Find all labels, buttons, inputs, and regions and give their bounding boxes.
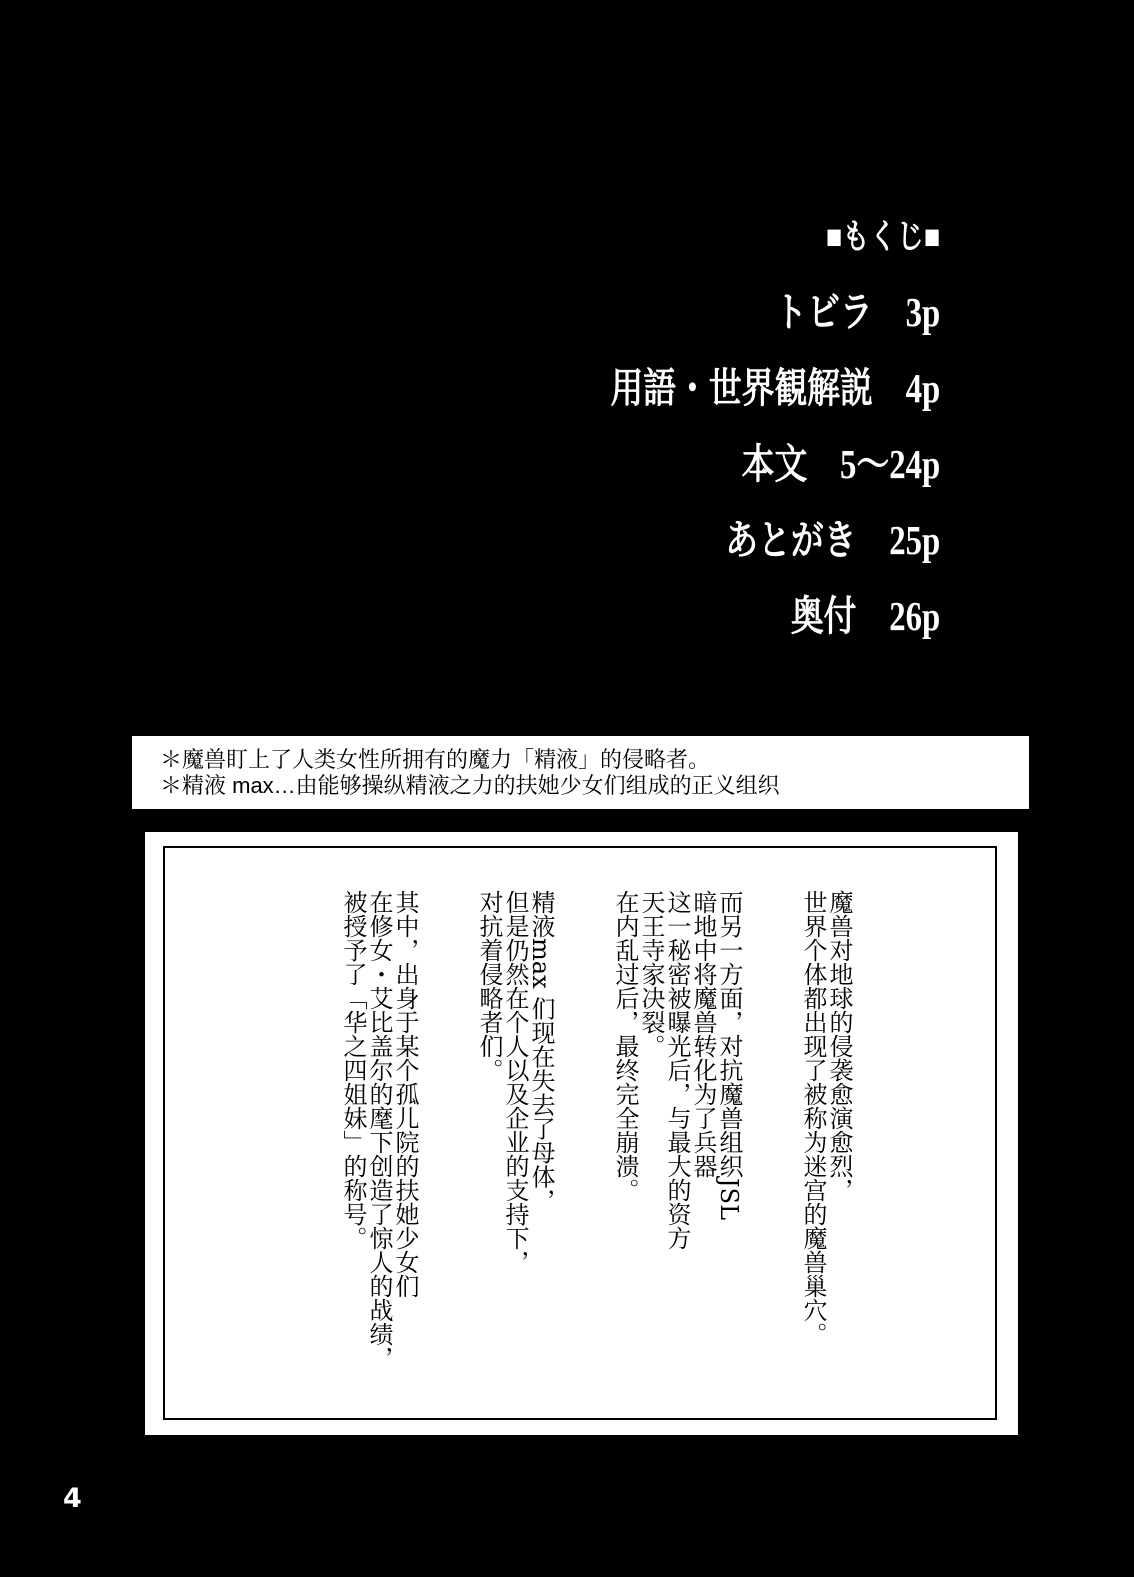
- notice-line: ＊精液 max…由能够操纵精液之力的扶她少女们组成的正义组织: [160, 773, 1029, 799]
- toc-title: ■もくじ■: [610, 219, 940, 257]
- toc-item-main-story: 本文 5～24p: [610, 426, 940, 502]
- toc-item-colophon: 奥付 26p: [610, 578, 940, 654]
- notice-bar: ＊魔兽盯上了人类女性所拥有的魔力「精液」的侵略者。 ＊精液 max…由能够操纵精…: [132, 736, 1029, 809]
- manga-page: ■もくじ■ トビラ 3p 用語・世界観解説 4p 本文 5～24p あとがき 2…: [0, 0, 1134, 1577]
- story-column: 对抗着侵略者们。: [476, 890, 502, 1400]
- story-column: 被授予了「华之四姐妹」的称号。: [340, 890, 366, 1400]
- story-column: 但是仍然在个人以及企业的支持下，: [502, 890, 528, 1400]
- story-column: 世界个体都出现了被称为迷宫的魔兽巢穴。: [800, 890, 826, 1400]
- story-text: 魔兽对地球的侵袭愈演愈烈， 世界个体都出现了被称为迷宫的魔兽巢穴。 而另一方面，…: [165, 848, 995, 1418]
- story-paragraph: 魔兽对地球的侵袭愈演愈烈， 世界个体都出现了被称为迷宫的魔兽巢穴。: [800, 890, 852, 1400]
- story-box: 魔兽对地球的侵袭愈演愈烈， 世界个体都出现了被称为迷宫的魔兽巢穴。 而另一方面，…: [145, 832, 1018, 1435]
- table-of-contents: ■もくじ■ トビラ 3p 用語・世界観解説 4p 本文 5～24p あとがき 2…: [528, 219, 940, 654]
- notice-line: ＊魔兽盯上了人类女性所拥有的魔力「精液」的侵略者。: [160, 747, 1029, 773]
- story-column: 在修女・艾比盖尔的麾下创造了惊人的战绩，: [366, 890, 392, 1400]
- story-column: 在内乱过后，最终完全崩溃。: [612, 890, 638, 1400]
- story-paragraph: 精液max 们现在失去了母体， 但是仍然在个人以及企业的支持下， 对抗着侵略者们…: [476, 890, 554, 1400]
- story-paragraph: 而另一方面，对抗魔兽组织JSL 暗地中将魔兽转化为了兵器 这一秘密被曝光后，与最…: [612, 890, 742, 1400]
- story-column: 天王寺家决裂。: [638, 890, 664, 1400]
- story-paragraph: 其中，出身于某个孤儿院的扶她少女们 在修女・艾比盖尔的麾下创造了惊人的战绩， 被…: [340, 890, 418, 1400]
- story-column: 魔兽对地球的侵袭愈演愈烈，: [826, 890, 852, 1400]
- story-column: 精液max 们现在失去了母体，: [528, 890, 554, 1400]
- story-column: 而另一方面，对抗魔兽组织JSL: [716, 890, 742, 1400]
- story-column: 暗地中将魔兽转化为了兵器: [690, 890, 716, 1400]
- story-column: 这一秘密被曝光后，与最大的资方: [664, 890, 690, 1400]
- page-number: 4: [63, 1484, 82, 1514]
- toc-item-glossary: 用語・世界観解説 4p: [610, 350, 940, 426]
- toc-item-afterword: あとがき 25p: [610, 502, 940, 578]
- story-column: 其中，出身于某个孤儿院的扶她少女们: [392, 890, 418, 1400]
- toc-item-tobira: トビラ 3p: [610, 274, 940, 350]
